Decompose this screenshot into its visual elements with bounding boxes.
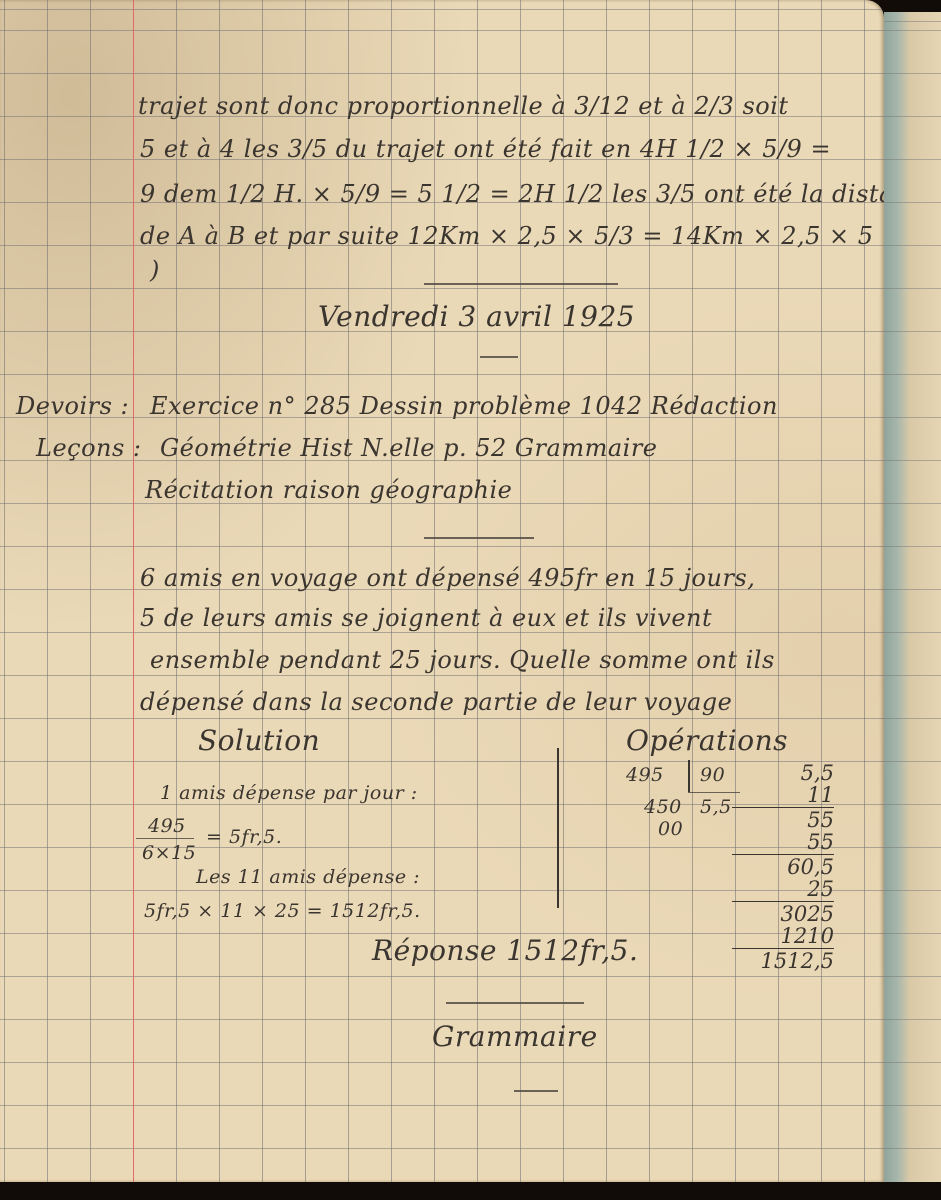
next-page-edge xyxy=(884,12,941,1182)
section-divider-3 xyxy=(446,1002,584,1004)
problem-line-3: ensemble pendant 25 jours. Quelle somme … xyxy=(150,646,775,674)
section-divider-2 xyxy=(424,537,534,539)
mult-line: 55 xyxy=(732,809,834,831)
mult-line: 11 xyxy=(732,784,834,806)
division-divisor: 90 xyxy=(700,764,725,786)
solution-fraction-numerator: 495 xyxy=(148,815,186,837)
solution-line-3: 5fr,5 × 11 × 25 = 1512fr,5. xyxy=(144,900,421,922)
short-divider xyxy=(480,356,518,358)
red-margin-line xyxy=(133,0,134,1182)
previous-solution-line-4: de A à B et par suite 12Km × 2,5 × 5/3 =… xyxy=(140,222,884,250)
fraction-bar xyxy=(136,838,194,839)
short-divider-2 xyxy=(514,1090,558,1092)
previous-solution-line-5: ) xyxy=(150,256,160,284)
division-remainder-2: 00 xyxy=(658,818,683,840)
mult-line: 55 xyxy=(732,831,834,853)
mult-line: 3025 xyxy=(732,903,834,925)
problem-line-1: 6 amis en voyage ont dépensé 495fr en 15… xyxy=(140,564,755,592)
division-quotient: 5,5 xyxy=(700,796,732,818)
column-separator xyxy=(557,748,559,908)
multiplication-column: 5,5 11 55 55 60,5 25 3025 1210 1512,5 xyxy=(732,762,834,972)
mult-line: 1512,5 xyxy=(732,950,834,972)
grammaire-heading: Grammaire xyxy=(432,1020,598,1053)
lecons-text-2: Récitation raison géographie xyxy=(145,476,512,504)
solution-fraction-denominator: 6×15 xyxy=(142,842,196,864)
solution-line-2: Les 11 amis dépense : xyxy=(196,866,420,888)
division-bracket-vertical xyxy=(688,760,690,792)
solution-heading: Solution xyxy=(198,724,320,757)
solution-fraction-result: = 5fr,5. xyxy=(206,826,282,848)
devoirs-text: Exercice n° 285 Dessin problème 1042 Réd… xyxy=(150,392,778,420)
division-remainder-1: 450 xyxy=(644,796,682,818)
previous-solution-line-1: trajet sont donc proportionnelle à 3/12 … xyxy=(138,92,789,120)
section-divider xyxy=(424,283,618,285)
mult-line: 5,5 xyxy=(732,762,834,784)
lecons-label: Leçons : xyxy=(36,434,142,462)
previous-solution-line-2: 5 et à 4 les 3/5 du trajet ont été fait … xyxy=(140,135,831,163)
solution-line-1: 1 amis dépense par jour : xyxy=(160,782,418,804)
previous-solution-line-3: 9 dem 1/2 H. × 5/9 = 5 1/2 = 2H 1/2 les … xyxy=(140,180,884,208)
mult-line: 1210 xyxy=(732,925,834,947)
mult-line: 25 xyxy=(732,878,834,900)
lecons-text: Géométrie Hist N.elle p. 52 Grammaire xyxy=(160,434,658,462)
operations-heading: Opérations xyxy=(626,724,788,757)
next-page-grid xyxy=(884,12,941,1182)
problem-line-2: 5 de leurs amis se joignent à eux et ils… xyxy=(140,604,712,632)
division-dividend: 495 xyxy=(626,764,664,786)
devoirs-label: Devoirs : xyxy=(16,392,129,420)
solution-answer: Réponse 1512fr,5. xyxy=(372,934,638,967)
mult-line: 60,5 xyxy=(732,856,834,878)
problem-line-4: dépensé dans la seconde partie de leur v… xyxy=(140,688,732,716)
date-heading: Vendredi 3 avril 1925 xyxy=(318,300,635,333)
notebook-page: trajet sont donc proportionnelle à 3/12 … xyxy=(0,0,884,1182)
